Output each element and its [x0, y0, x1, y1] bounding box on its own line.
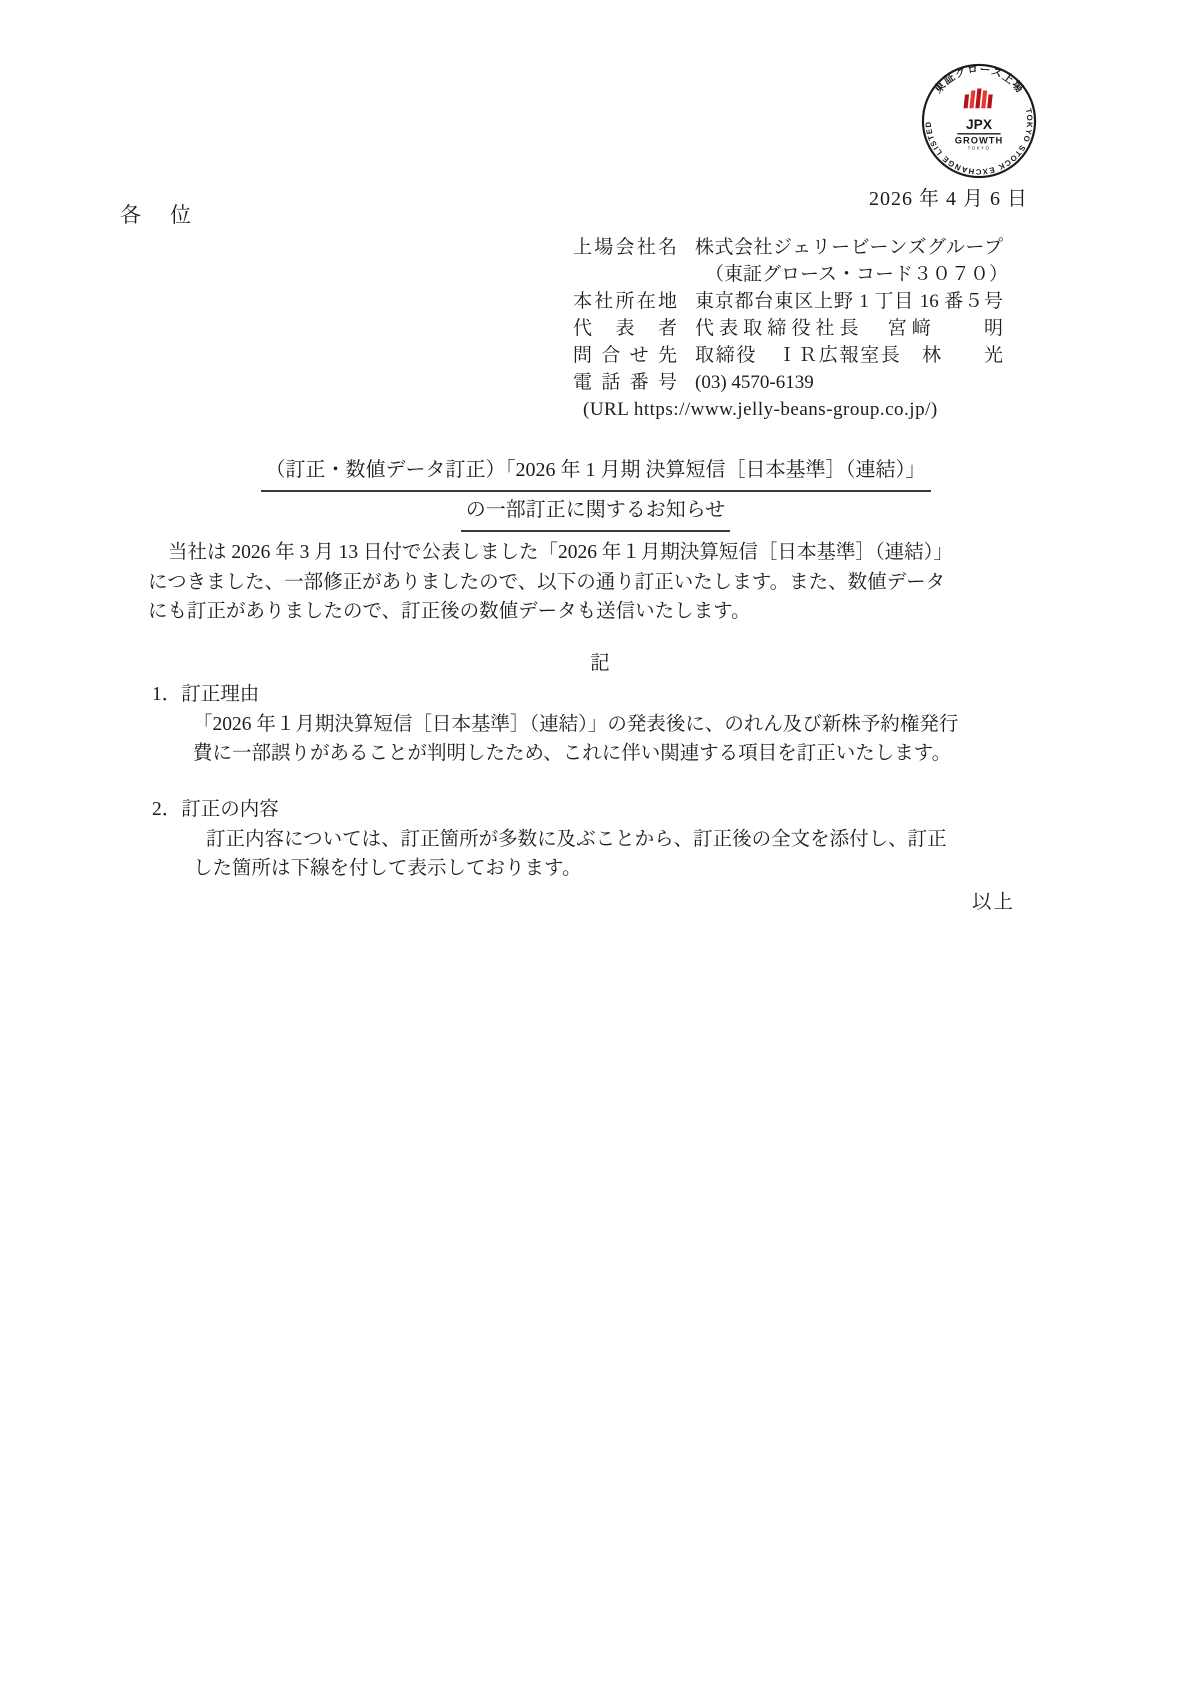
- badge-tokyo-label: TOKYO: [968, 146, 991, 151]
- company-value: 株式会社ジェリービーンズグループ: [695, 234, 1003, 261]
- closing-label: 以上: [972, 886, 1015, 914]
- jpx-growth-listed-badge-icon: 東証グロース上場 TOKYO STOCK EXCHANGE LISTED JPX…: [920, 62, 1038, 180]
- company-label: 代表者: [573, 315, 677, 342]
- intro-line: にも訂正がありましたので、訂正後の数値データも送信いたします。: [148, 597, 1052, 627]
- company-row-stock-code: （東証グロース・コード３０７０）: [573, 261, 1013, 288]
- title-line-1: （訂正・数値データ訂正）「2026 年 1 月期 決算短信［日本基準］（連結）」: [261, 452, 931, 492]
- intro-line: につきました、一部修正がありましたので、以下の通り訂正いたします。また、数値デー…: [148, 568, 1052, 598]
- company-row-head-office: 本社所在地 東京都台東区上野 1 丁目 16 番５号: [573, 288, 1013, 315]
- company-label: 電話番号: [573, 369, 677, 396]
- section-correction-content: 2．訂正の内容 訂正内容については、訂正箇所が多数に及ぶことから、訂正後の全文を…: [152, 795, 1052, 884]
- badge-jpx-label: JPX: [966, 117, 993, 132]
- company-row-phone: 電話番号 (03) 4570-6139: [573, 369, 1013, 396]
- company-value: (03) 4570-6139: [695, 369, 1003, 396]
- recipient-label: 各 位: [120, 199, 195, 229]
- press-release-page: 東証グロース上場 TOKYO STOCK EXCHANGE LISTED JPX…: [0, 0, 1191, 1684]
- section-line: 訂正内容については、訂正箇所が多数に及ぶことから、訂正後の全文を添付し、訂正: [193, 825, 1052, 855]
- company-value: 取締役 ＩＲ広報室長 林 光: [695, 342, 1003, 369]
- section-correction-reason: 1．訂正理由 「2026 年１月期決算短信［日本基準］（連結）」の発表後に、のれ…: [152, 680, 1052, 769]
- company-info-block: 上場会社名 株式会社ジェリービーンズグループ （東証グロース・コード３０７０） …: [573, 234, 1013, 423]
- company-value: 代表取締役社長 宮﨑 明: [695, 315, 1003, 342]
- document-title: （訂正・数値データ訂正）「2026 年 1 月期 決算短信［日本基準］（連結）」…: [0, 452, 1191, 532]
- company-row-representative: 代表者 代表取締役社長 宮﨑 明: [573, 315, 1013, 342]
- company-value: （東証グロース・コード３０７０）: [695, 261, 1003, 288]
- company-value: 東京都台東区上野 1 丁目 16 番５号: [695, 288, 1003, 315]
- intro-line: 当社は 2026 年 3 月 13 日付で公表しました「2026 年１月期決算短…: [148, 538, 1052, 568]
- section-body: 「2026 年１月期決算短信［日本基準］（連結）」の発表後に、のれん及び新株予約…: [193, 710, 1052, 769]
- title-line-2: の一部訂正に関するお知らせ: [461, 492, 730, 532]
- jpx-bars-icon: [964, 89, 994, 109]
- jpx-badge-svg: 東証グロース上場 TOKYO STOCK EXCHANGE LISTED JPX…: [920, 62, 1038, 180]
- section-line: 費に一部誤りがあることが判明したため、これに伴い関連する項目を訂正いたします。: [193, 739, 1052, 769]
- section-heading: 2．訂正の内容: [152, 795, 1052, 825]
- record-mark: 記: [148, 647, 1052, 675]
- company-row-contact: 問合せ先 取締役 ＩＲ広報室長 林 光: [573, 342, 1013, 369]
- company-label: 本社所在地: [573, 288, 677, 315]
- company-label: 上場会社名: [573, 234, 677, 261]
- company-row-listed-name: 上場会社名 株式会社ジェリービーンズグループ: [573, 234, 1013, 261]
- section-line: した箇所は下線を付して表示しております。: [193, 854, 1052, 884]
- section-line: 「2026 年１月期決算短信［日本基準］（連結）」の発表後に、のれん及び新株予約…: [193, 710, 1052, 740]
- badge-growth-label: GROWTH: [955, 136, 1003, 146]
- section-heading: 1．訂正理由: [152, 680, 1052, 710]
- company-label: 問合せ先: [573, 342, 677, 369]
- section-body: 訂正内容については、訂正箇所が多数に及ぶことから、訂正後の全文を添付し、訂正 し…: [193, 825, 1052, 884]
- company-website-url: (URL https://www.jelly-beans-group.co.jp…: [583, 396, 938, 423]
- company-row-url: (URL https://www.jelly-beans-group.co.jp…: [573, 396, 1013, 423]
- intro-paragraph: 当社は 2026 年 3 月 13 日付で公表しました「2026 年１月期決算短…: [148, 538, 1052, 627]
- company-label: [573, 261, 677, 288]
